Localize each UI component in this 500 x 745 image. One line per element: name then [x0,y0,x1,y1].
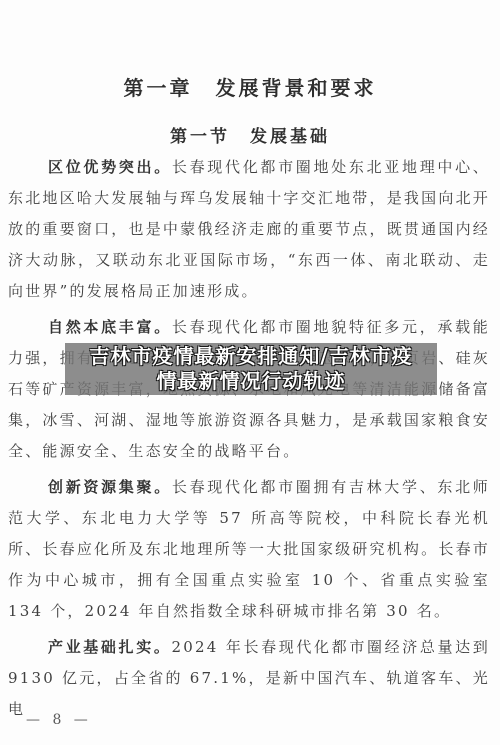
chapter-title: 第一章 发展背景和要求 [0,0,500,101]
overlay-text-line1: 吉林市疫情最新安排通知/吉林市疫 [89,344,412,369]
paragraph-lead: 创新资源集聚。 [48,478,172,496]
paragraph-location-advantage: 区位优势突出。长春现代化都市圈地处东北亚地理中心、东北地区哈大发展轴与珲乌发展轴… [8,152,490,307]
body-text: 区位优势突出。长春现代化都市圈地处东北亚地理中心、东北地区哈大发展轴与珲乌发展轴… [8,152,490,730]
document-page: 第一章 发展背景和要求 第一节 发展基础 区位优势突出。长春现代化都市圈地处东北… [0,0,500,745]
paragraph-innovation-resources: 创新资源集聚。长春现代化都市圈拥有吉林大学、东北师范大学、东北电力大学等 57 … [8,472,490,627]
paragraph-text: 长春现代化都市圈拥有吉林大学、东北师范大学、东北电力大学等 57 所高等院校，中… [8,478,490,620]
paragraph-lead: 区位优势突出。 [48,158,172,176]
page-number: — 8 — [26,712,92,728]
section-title: 第一节 发展基础 [0,122,500,147]
paragraph-lead: 产业基础扎实。 [48,638,171,656]
paragraph-text: 长春现代化都市圈地处东北亚地理中心、东北地区哈大发展轴与珲乌发展轴十字交汇地带，… [8,158,490,300]
paragraph-lead: 自然本底丰富。 [48,318,172,336]
overlay-text-line2: 情最新情况行动轨迹 [157,369,346,394]
spam-overlay-banner: 吉林市疫情最新安排通知/吉林市疫 情最新情况行动轨迹 [65,343,437,395]
